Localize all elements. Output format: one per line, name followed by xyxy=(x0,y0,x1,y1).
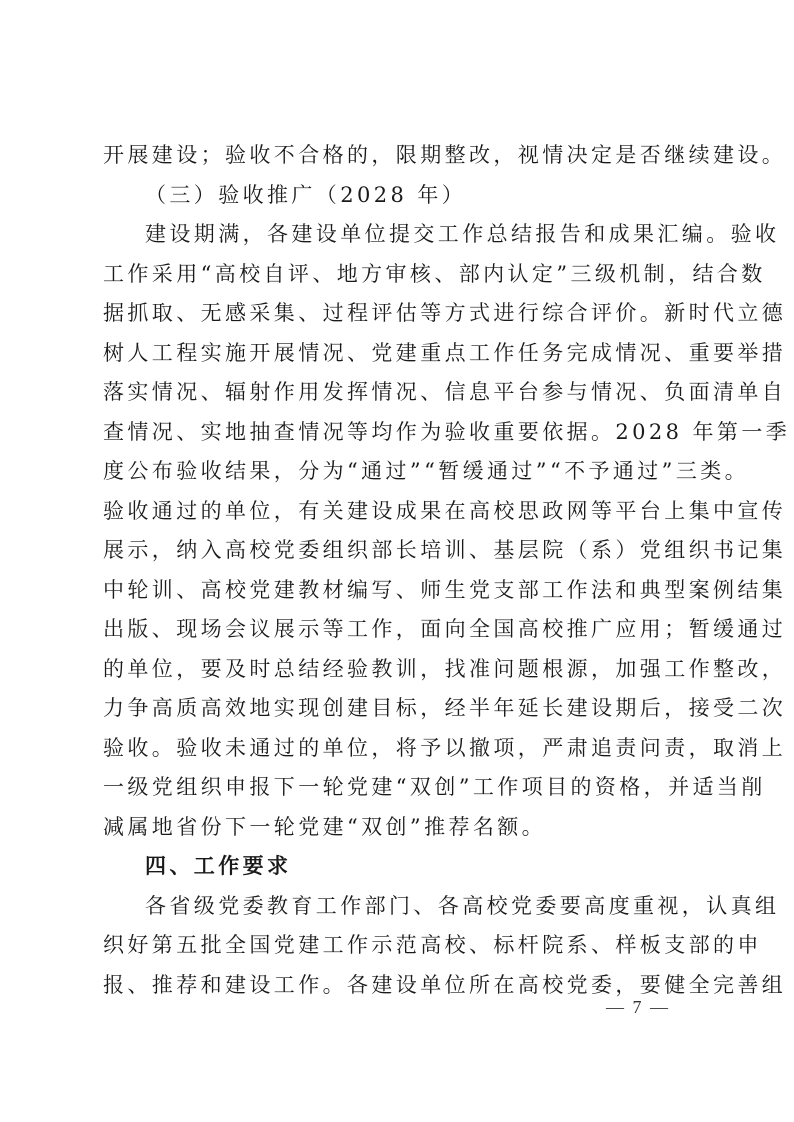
page-number: — 7 — xyxy=(606,997,670,1018)
paragraph-line: 一级党组织申报下一轮党建“双创”工作项目的资格，并适当削 xyxy=(103,768,693,808)
paragraph-line: 中轮训、高校党建教材编写、师生党支部工作法和典型案例结集 xyxy=(103,571,693,611)
document-page: 开展建设；验收不合格的，限期整改，视情决定是否继续建设。 （三）验收推广（202… xyxy=(103,136,693,1005)
paragraph-line: 出版、现场会议展示等工作，面向全国高校推广应用；暂缓通过 xyxy=(103,610,693,650)
paragraph-line: 建设期满，各建设单位提交工作总结报告和成果汇编。验收 xyxy=(103,215,693,255)
paragraph-line: 的单位，要及时总结经验教训，找准问题根源，加强工作整改， xyxy=(103,650,693,690)
paragraph-line: 度公布验收结果，分为“通过”“暂缓通过”“不予通过”三类。 xyxy=(103,452,693,492)
subheading-acceptance-promotion: （三）验收推广（2028 年） xyxy=(103,176,693,216)
section-heading-work-requirements: 四、工作要求 xyxy=(103,847,693,887)
paragraph-line: 报、推荐和建设工作。各建设单位所在高校党委，要健全完善组 xyxy=(103,966,693,1006)
paragraph-line: 落实情况、辐射作用发挥情况、信息平台参与情况、负面清单自 xyxy=(103,373,693,413)
paragraph-line: 验收通过的单位，有关建设成果在高校思政网等平台上集中宣传 xyxy=(103,492,693,532)
paragraph-line: 开展建设；验收不合格的，限期整改，视情决定是否继续建设。 xyxy=(103,136,693,176)
paragraph-line: 力争高质高效地实现创建目标，经半年延长建设期后，接受二次 xyxy=(103,689,693,729)
paragraph-line: 树人工程实施开展情况、党建重点工作任务完成情况、重要举措 xyxy=(103,334,693,374)
paragraph-line: 工作采用“高校自评、地方审核、部内认定”三级机制，结合数 xyxy=(103,255,693,295)
paragraph-line: 验收。验收未通过的单位，将予以撤项，严肃追责问责，取消上 xyxy=(103,729,693,769)
paragraph-line: 查情况、实地抽查情况等均作为验收重要依据。2028 年第一季 xyxy=(103,413,693,453)
paragraph-line: 展示，纳入高校党委组织部长培训、基层院（系）党组织书记集 xyxy=(103,531,693,571)
paragraph-line: 减属地省份下一轮党建“双创”推荐名额。 xyxy=(103,808,693,848)
paragraph-line: 据抓取、无感采集、过程评估等方式进行综合评价。新时代立德 xyxy=(103,294,693,334)
paragraph-line: 织好第五批全国党建工作示范高校、标杆院系、样板支部的申 xyxy=(103,926,693,966)
paragraph-line: 各省级党委教育工作部门、各高校党委要高度重视，认真组 xyxy=(103,887,693,927)
